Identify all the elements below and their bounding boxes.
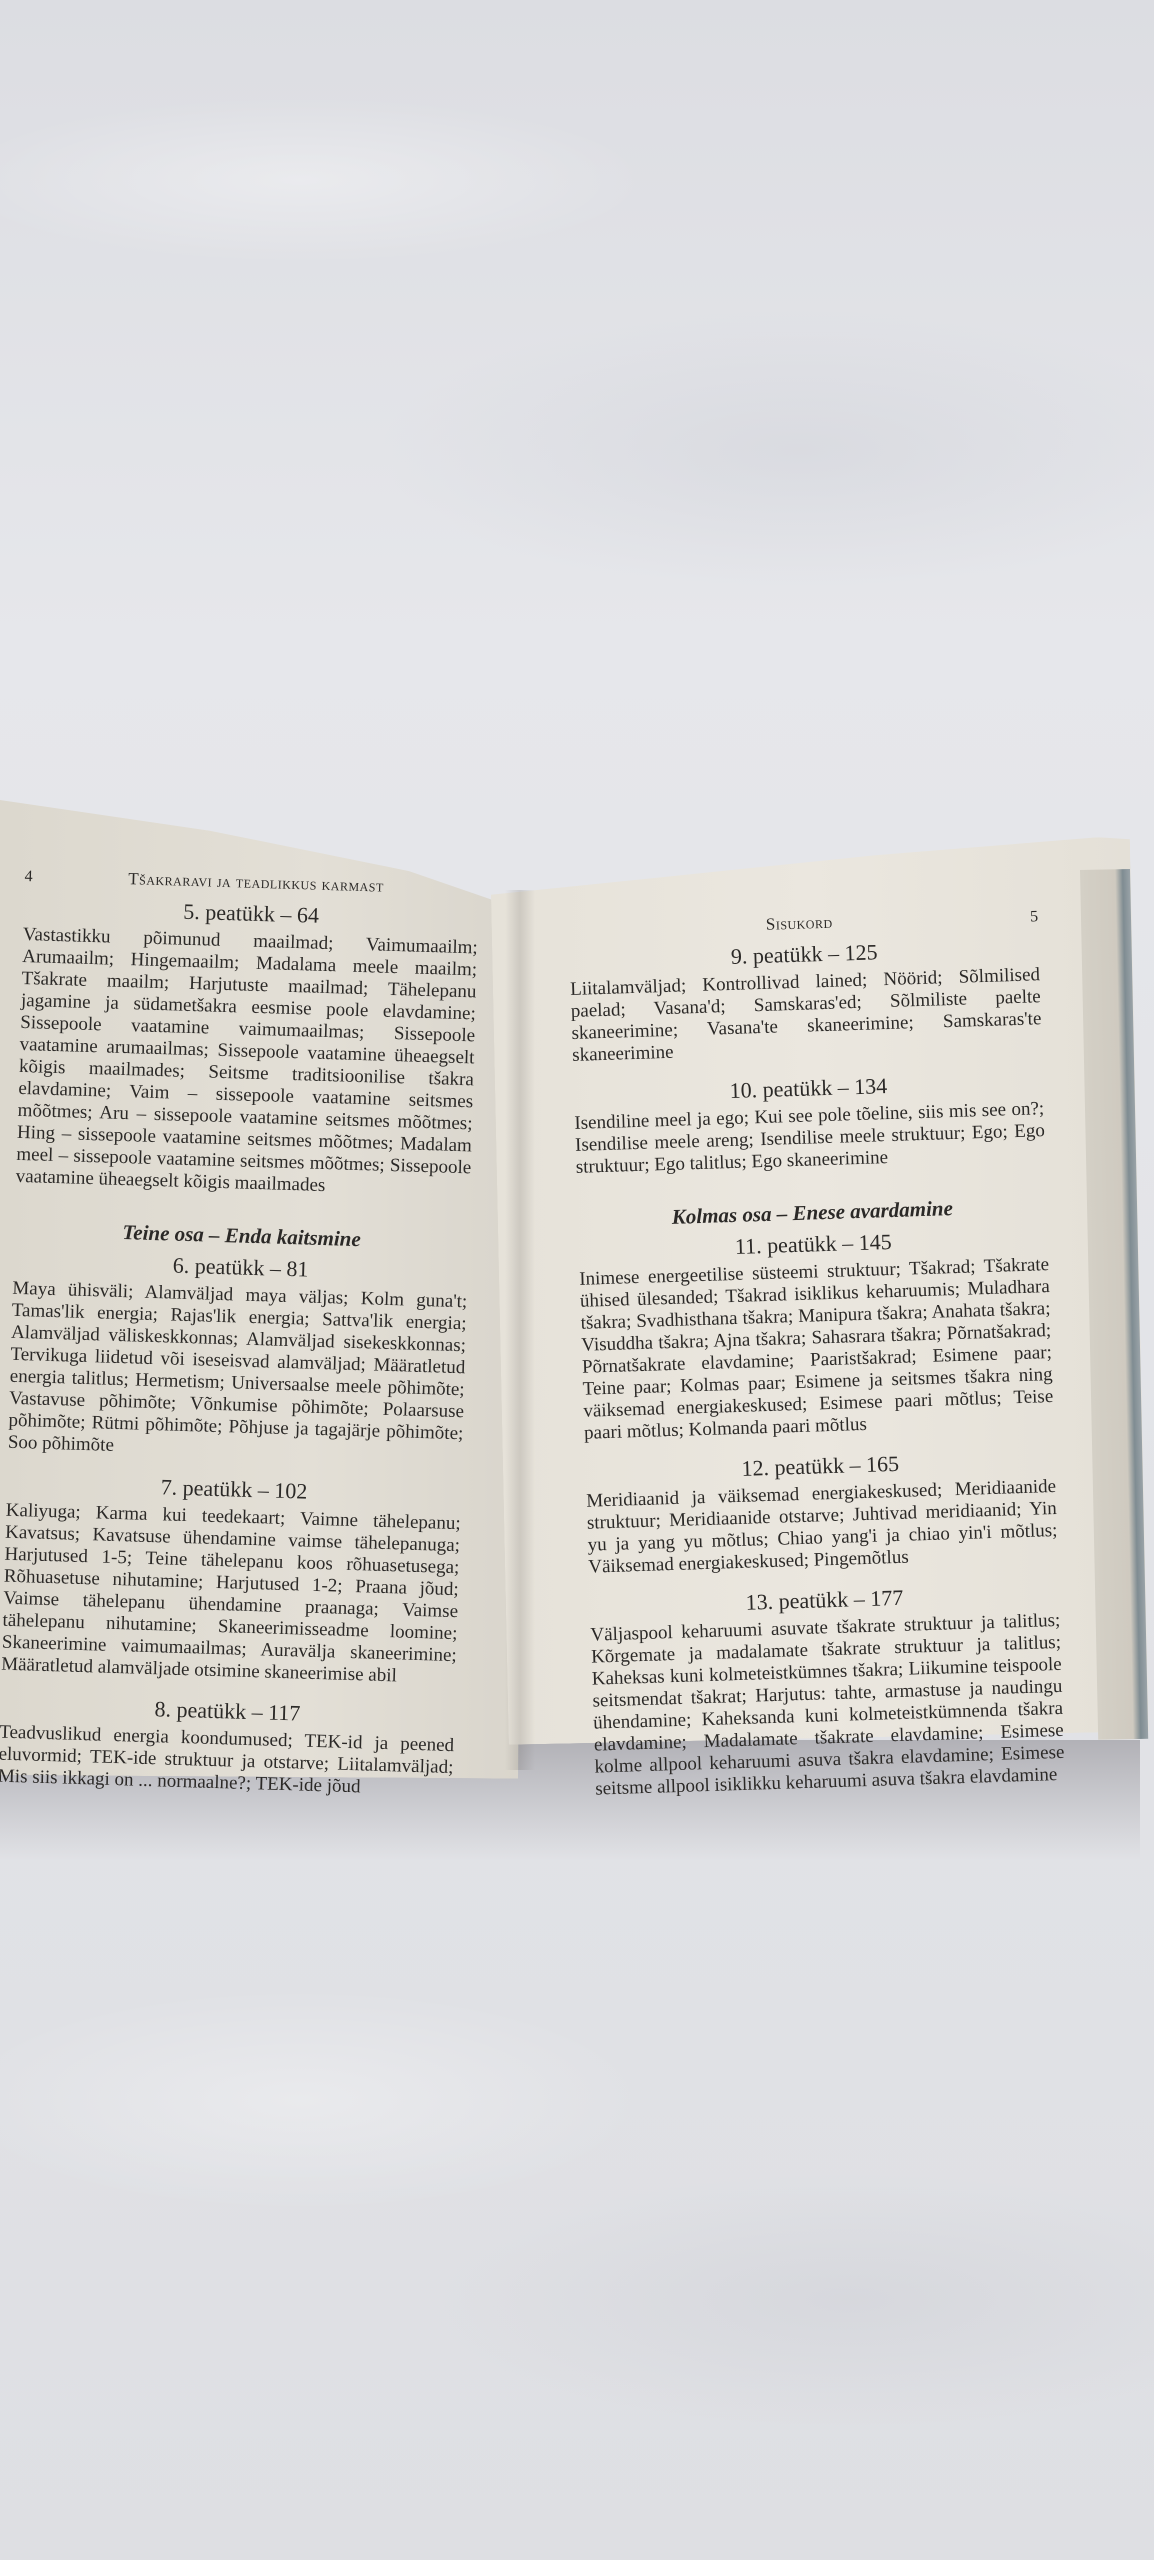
part-heading: Teine osa – Enda kaitsmine <box>14 1218 469 1253</box>
page-number: 4 <box>24 866 33 888</box>
chapter-contents: Maya ühisväli; Alamväljad maya väljas; K… <box>8 1278 468 1467</box>
right-page-content: Sisukord 5 9. peatükk – 125 Liitalamvälj… <box>568 905 1066 1818</box>
chapter-contents: Teadvuslikud energia koondumused; TEK-id… <box>0 1722 454 1801</box>
chapter-contents: Kaliyuga; Karma kui teedekaart; Vaimne t… <box>1 1500 461 1689</box>
page-number: 5 <box>1030 906 1039 928</box>
chapter-contents: Meridiaanid ja väiksemad energiakeskused… <box>586 1476 1059 1579</box>
left-page-content: 4 Tšakraravi ja teadlikkus karmast 5. pe… <box>0 865 480 1819</box>
part-heading: Kolmas osa – Enese avardamine <box>577 1194 1047 1231</box>
chapter-contents: Vastastikku põimunud maailmad; Vaimumaai… <box>15 924 478 1201</box>
chapter-contents: Isendiline meel ja ego; Kui see pole tõe… <box>574 1098 1046 1179</box>
chapter-contents: Inimese energeetilise süsteemi struktuur… <box>579 1254 1054 1445</box>
chapter-contents: Liitalamväljad; Kontrollivad lained; Nöö… <box>570 964 1043 1067</box>
chapter-contents: Väljaspool keharuumi asuvate tšakrate st… <box>590 1610 1065 1801</box>
book-gutter <box>505 890 535 1770</box>
running-title: Sisukord <box>765 912 832 936</box>
